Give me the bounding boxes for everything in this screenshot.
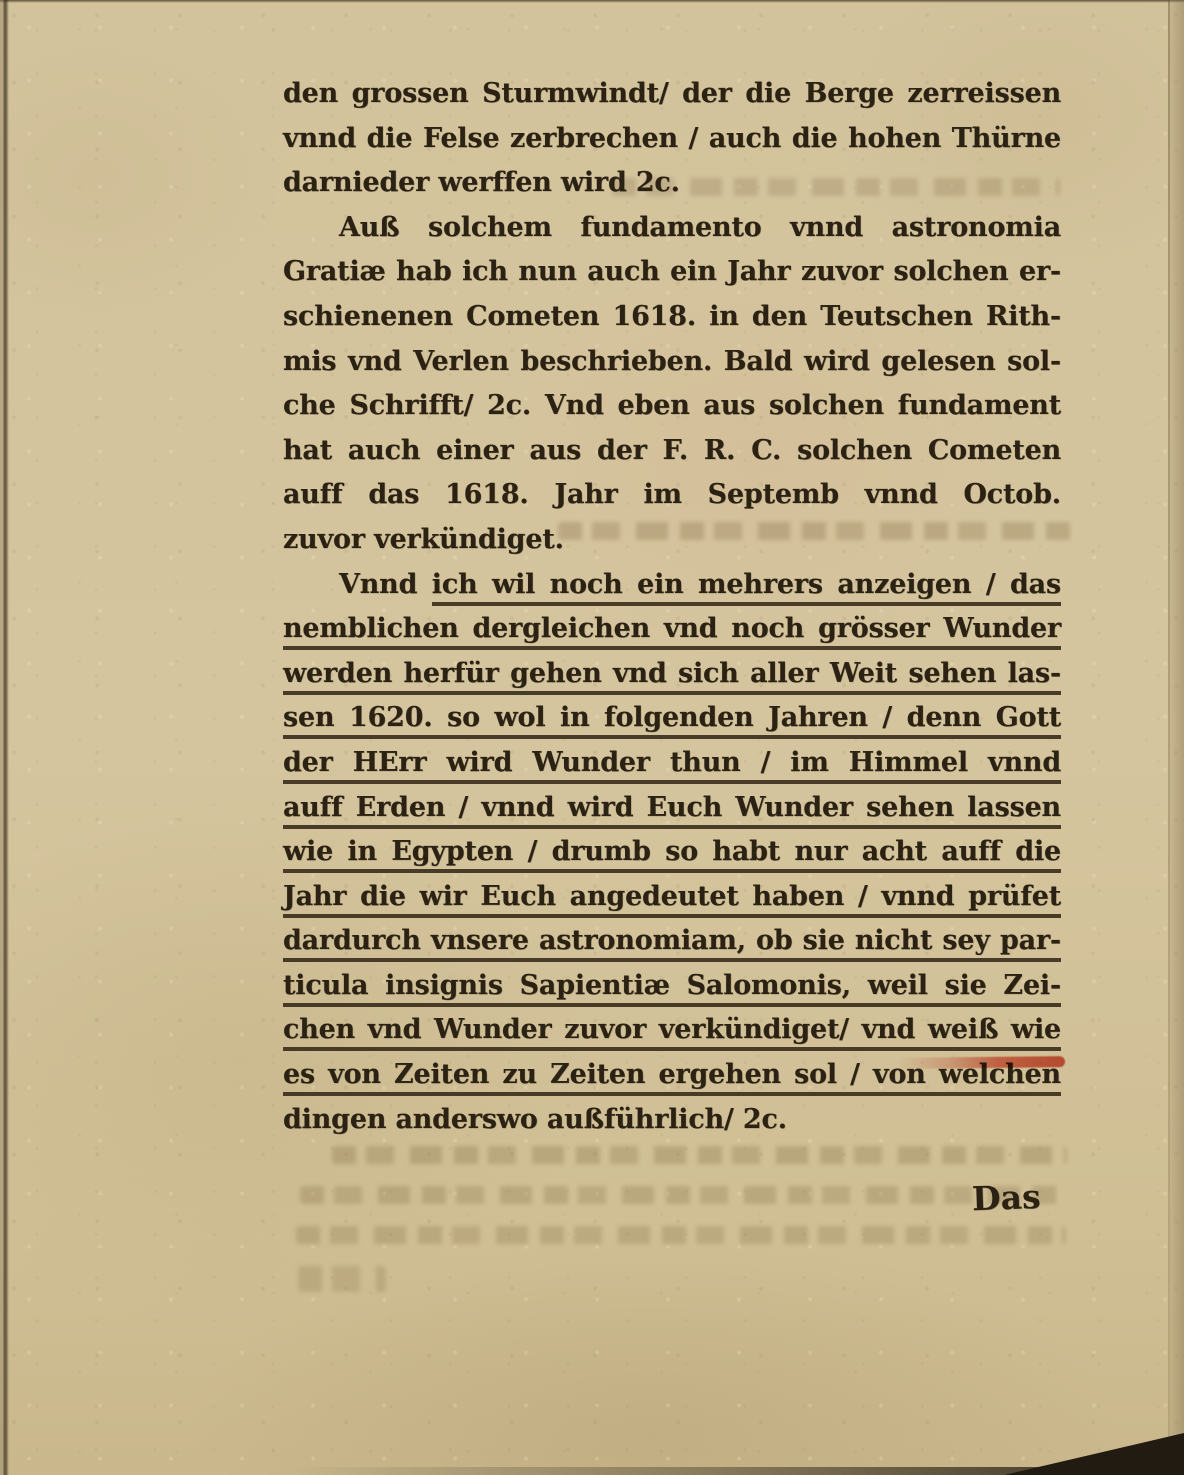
text-line: schienenen Cometen 1618. in den Teutsche… [283,295,1061,340]
bleed-through-mark [298,1266,386,1292]
text-line: den grossen Sturmwindt/ der die Berge ze… [283,72,1061,117]
bleed-through-line [300,1186,1065,1204]
text-line: dardurch vnsere astronomiam, ob sie nich… [283,919,1061,964]
text-line: sen 1620. so wol in folgenden Jahren / d… [283,696,1061,741]
text-line: chen vnd Wunder zuvor verkündiget/ vnd w… [283,1008,1061,1053]
text-line: zuvor verkündiget. [283,518,1061,563]
text-line: der HErr wird Wunder thun / im Himmel vn… [283,741,1061,786]
text-block: den grossen Sturmwindt/ der die Berge ze… [283,72,1061,1142]
text-line: darnieder werffen wird 2c. [283,161,1061,206]
bleed-through-line [332,1146,1067,1164]
text-line: dingen anderswo außführlich/ 2c. [283,1098,1061,1143]
text-line: Gratiæ hab ich nun auch ein Jahr zuvor s… [283,250,1061,295]
text-line: Vnnd ich wil noch ein mehrers anzeigen /… [283,563,1061,608]
text-line: auff das 1618. Jahr im Septemb vnnd Octo… [283,473,1061,518]
text-line: vnnd die Felse zerbrechen / auch die hoh… [283,117,1061,162]
page-top-edge [0,0,1184,3]
catchword: Das [971,1177,1041,1218]
text-line: auff Erden / vnnd wird Euch Wunder sehen… [283,786,1061,831]
bleed-through-line [296,1226,1066,1244]
text-line: nemblichen dergleichen vnd noch grösser … [283,607,1061,652]
text-line: Jahr die wir Euch angedeutet haben / vnn… [283,875,1061,920]
text-line: es von Zeiten zu Zeiten ergehen sol / vo… [283,1053,1061,1098]
binding-edge [0,0,9,1475]
text-line: Auß solchem fundamento vnnd astronomia [283,206,1061,251]
book-page-scan: den grossen Sturmwindt/ der die Berge ze… [0,0,1184,1475]
text-line: ticula insignis Sapientiæ Salomonis, wei… [283,964,1061,1009]
text-line: hat auch einer aus der F. R. C. solchen … [283,429,1061,474]
red-pencil-mark [897,1056,1065,1069]
page-right-edge-strip [1170,0,1184,1475]
text-line: mis vnd Verlen beschrieben. Bald wird ge… [283,340,1061,385]
text-line: che Schrifft/ 2c. Vnd eben aus solchen f… [283,384,1061,429]
text-line: wie in Egypten / drumb so habt nur acht … [283,830,1061,875]
text-line: werden herfür gehen vnd sich aller Weit … [283,652,1061,697]
